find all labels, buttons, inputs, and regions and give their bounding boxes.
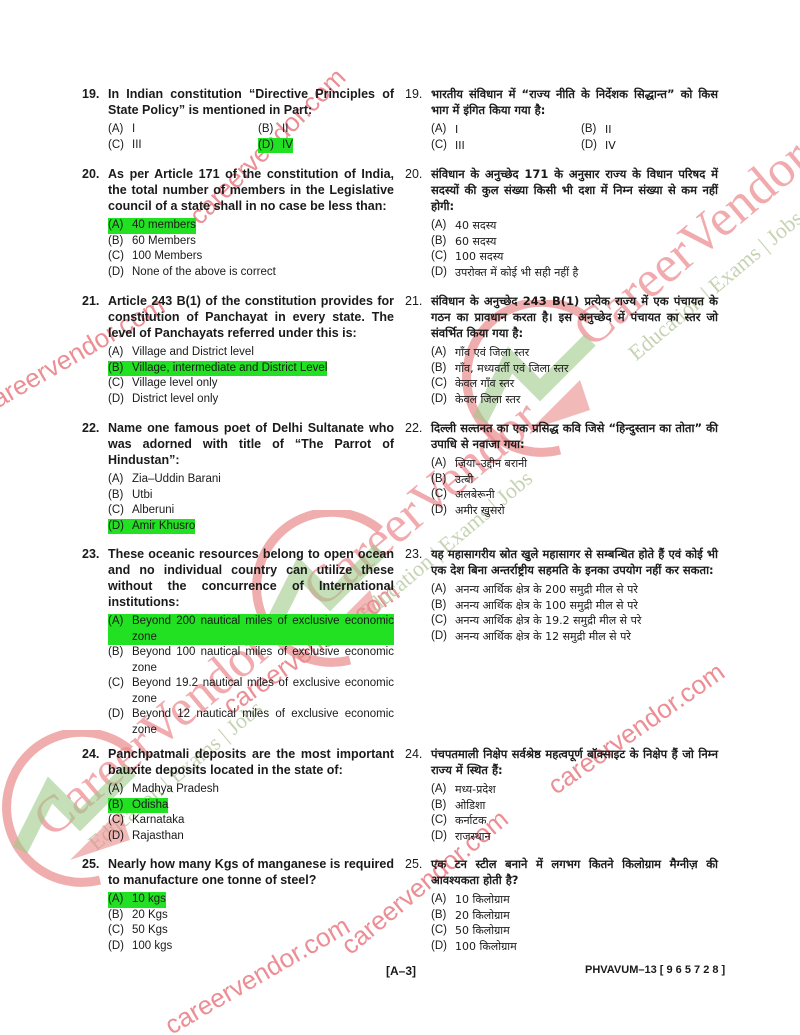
option-text: 60 सदस्य [455,234,718,250]
option-text: 10 किलोग्राम [455,892,718,908]
option-label: (C) [431,613,455,629]
option-c[interactable]: (C)100 सदस्य [431,249,718,265]
options: (A)I (B)II (C)III (D)IV [108,122,394,153]
option-a[interactable]: (A)अनन्य आर्थिक क्षेत्र के 200 समुद्री म… [431,582,718,598]
option-a[interactable]: (A)मध्य-प्रदेश [431,782,718,798]
question-text: These oceanic resources belong to open o… [108,546,394,610]
option-text: अनन्य आर्थिक क्षेत्र के 100 समुद्री मील … [455,598,718,614]
option-d[interactable]: (D)100 किलोग्राम [431,939,718,955]
option-c[interactable]: (C)कर्नाटक [431,813,718,829]
option-d-correct[interactable]: (D)Amir Khusro [108,519,195,535]
question-number: 25. [82,856,108,888]
option-d[interactable]: (D)100 kgs [108,939,394,955]
option-label: (C) [431,376,455,392]
option-label: (D) [108,707,132,738]
option-label: (D) [431,829,455,845]
option-label: (B) [431,798,455,814]
option-text: Village, intermediate and District Level [132,361,327,377]
option-label: (A) [431,892,455,908]
option-text: 40 members [132,218,196,234]
option-d-correct[interactable]: (D)IV [258,138,293,154]
option-a-correct[interactable]: (A)40 members [108,218,196,234]
question-number: 21. [405,293,431,341]
option-b[interactable]: (B)Beyond 100 nautical miles of exclusiv… [108,645,394,676]
option-label: (D) [108,392,132,408]
question-number: 22. [82,420,108,468]
question-text: यह महासागरीय स्रोत खुले महासागर से सम्बन… [431,546,718,578]
option-d[interactable]: (D)उपरोक्त में कोई भी सही नहीं है [431,265,718,281]
question-number: 20. [405,166,431,214]
question-text: एक टन स्टील बनाने में लगभग कितने किलोग्र… [431,856,718,888]
option-label: (D) [431,265,455,281]
option-a[interactable]: (A)Zia–Uddin Barani [108,472,394,488]
option-text: गाँव, मध्यवर्ती एवं जिला स्तर [455,361,718,377]
option-label: (C) [108,503,132,519]
option-label: (A) [108,472,132,488]
option-d[interactable]: (D)राजस्थान [431,829,718,845]
option-label: (B) [431,908,455,924]
option-text: 100 Members [132,249,394,265]
option-a[interactable]: (A)गाँव एवं जिला स्तर [431,345,718,361]
option-b[interactable]: (B)गाँव, मध्यवर्ती एवं जिला स्तर [431,361,718,377]
question-19: 19.In Indian constitution “Directive Pri… [82,86,394,153]
option-label: (C) [108,813,132,829]
option-text: Zia–Uddin Barani [132,472,394,488]
option-label: (C) [431,487,455,503]
options: (A)I (B)II (C)III (D)IV [431,122,718,153]
option-label: (B) [108,488,132,504]
option-text: कर्नाटक [455,813,718,829]
question-text: In Indian constitution “Directive Princi… [108,86,394,118]
option-text: District level only [132,392,394,408]
option-label: (B) [581,122,605,138]
question-number: 19. [82,86,108,118]
option-text: I [455,122,581,138]
option-text: 20 Kgs [132,908,394,924]
question-text: संविधान के अनुच्छेद 171 के अनुसार राज्य … [431,166,718,214]
option-text: उत्बी [455,472,718,488]
option-label: (D) [108,519,132,535]
option-label: (A) [431,218,455,234]
question-number: 23. [405,546,431,578]
question-24: 24.Panchpatmali deposits are the most im… [82,746,394,844]
options: (A)Beyond 200 nautical miles of exclusiv… [108,614,394,738]
option-text: 100 किलोग्राम [455,939,718,955]
option-c[interactable]: (C)50 किलोग्राम [431,923,718,939]
option-text: ओडिशा [455,798,718,814]
option-label: (D) [108,829,132,845]
options: (A)Zia–Uddin Barani (B)Utbi (C)Alberuni … [108,472,394,534]
options: (A)Madhya Pradesh (B)Odisha (C)Karnataka… [108,782,394,844]
option-b[interactable]: (B)उत्बी [431,472,718,488]
option-d[interactable]: (D)अनन्य आर्थिक क्षेत्र के 12 समुद्री मी… [431,629,718,645]
option-text: Village level only [132,376,394,392]
options: (A)Village and District level (B)Village… [108,345,394,407]
option-label: (D) [108,939,132,955]
question-number: 24. [82,746,108,778]
options: (A)गाँव एवं जिला स्तर (B)गाँव, मध्यवर्ती… [431,345,718,407]
option-c[interactable]: (C)Karnataka [108,813,394,829]
option-a[interactable]: (A)Village and District level [108,345,394,361]
option-text: Karnataka [132,813,394,829]
option-text: Beyond 12 nautical miles of exclusive ec… [132,707,394,738]
question-21-hindi: 21.संविधान के अनुच्छेद 243 B(1) प्रत्येक… [405,293,718,407]
option-a[interactable]: (A)ज़िया–उद्दीन बरानी [431,456,718,472]
option-c[interactable]: (C)Village level only [108,376,394,392]
option-label: (B) [108,361,132,377]
option-text: Beyond 19.2 nautical miles of exclusive … [132,676,394,707]
option-label: (C) [108,138,132,154]
option-d[interactable]: (D)IV [581,138,731,154]
option-text: 10 kgs [132,892,166,908]
question-number: 21. [82,293,108,341]
question-22-hindi: 22.दिल्ली सल्तनत का एक प्रसिद्ध कवि जिसे… [405,420,718,518]
option-label: (D) [258,138,282,154]
option-label: (C) [108,376,132,392]
option-a[interactable]: (A)Madhya Pradesh [108,782,394,798]
option-text: अनन्य आर्थिक क्षेत्र के 12 समुद्री मील स… [455,629,718,645]
option-text: ज़िया–उद्दीन बरानी [455,456,718,472]
option-d[interactable]: (D)Beyond 12 nautical miles of exclusive… [108,707,394,738]
question-23: 23.These oceanic resources belong to ope… [82,546,394,738]
option-c[interactable]: (C)Beyond 19.2 nautical miles of exclusi… [108,676,394,707]
option-label: (B) [108,798,132,814]
option-label: (B) [431,361,455,377]
option-text: II [605,122,731,138]
option-text: II [282,122,408,138]
option-text: III [455,138,581,154]
option-label: (A) [108,614,132,645]
option-b[interactable]: (B)II [258,122,408,138]
option-text: केवल गाँव स्तर [455,376,718,392]
option-d[interactable]: (D)केवल जिला स्तर [431,392,718,408]
option-label: (A) [108,892,132,908]
options: (A)10 किलोग्राम (B)20 किलोग्राम (C)50 कि… [431,892,718,954]
option-label: (D) [431,629,455,645]
question-24-hindi: 24.पंचपतमाली निक्षेप सर्वश्रेष्ठ महत्वपू… [405,746,718,844]
option-text: Madhya Pradesh [132,782,394,798]
option-a[interactable]: (A)I [431,122,581,138]
question-text: Nearly how many Kgs of manganese is requ… [108,856,394,888]
option-label: (B) [258,122,282,138]
option-text: 60 Members [132,234,394,250]
option-text: I [132,122,258,138]
option-label: (C) [431,138,455,154]
option-label: (A) [431,456,455,472]
option-b[interactable]: (B)II [581,122,731,138]
option-label: (C) [431,923,455,939]
question-number: 20. [82,166,108,214]
option-label: (A) [431,122,455,138]
option-text: अमीर खुसरो [455,503,718,519]
option-d[interactable]: (D)अमीर खुसरो [431,503,718,519]
option-text: III [132,138,258,154]
option-label: (C) [431,249,455,265]
option-label: (D) [431,392,455,408]
question-text: संविधान के अनुच्छेद 243 B(1) प्रत्येक रा… [431,293,718,341]
option-label: (B) [431,472,455,488]
option-text: 100 सदस्य [455,249,718,265]
option-text: Utbi [132,488,394,504]
question-22: 22.Name one famous poet of Delhi Sultana… [82,420,394,534]
option-text: अनन्य आर्थिक क्षेत्र के 200 समुद्री मील … [455,582,718,598]
option-label: (A) [431,345,455,361]
option-text: अनन्य आर्थिक क्षेत्र के 19.2 समुद्री मील… [455,613,718,629]
option-c[interactable]: (C)100 Members [108,249,394,265]
option-a[interactable]: (A)10 किलोग्राम [431,892,718,908]
option-a-correct[interactable]: (A)Beyond 200 nautical miles of exclusiv… [108,614,394,645]
option-b[interactable]: (B)ओडिशा [431,798,718,814]
question-number: 25. [405,856,431,888]
option-b[interactable]: (B)60 सदस्य [431,234,718,250]
option-d[interactable]: (D)District level only [108,392,394,408]
option-label: (D) [108,265,132,281]
option-text: गाँव एवं जिला स्तर [455,345,718,361]
question-number: 22. [405,420,431,452]
option-label: (A) [431,782,455,798]
option-a[interactable]: (A)I [108,122,258,138]
option-text: Odisha [132,798,168,814]
option-c[interactable]: (C)III [108,138,258,154]
option-c[interactable]: (C)50 Kgs [108,923,394,939]
option-label: (B) [108,645,132,676]
question-25-hindi: 25.एक टन स्टील बनाने में लगभग कितने किलो… [405,856,718,954]
option-label: (C) [108,249,132,265]
question-text: भारतीय संविधान में “राज्य नीति के निर्दे… [431,86,718,118]
option-text: Amir Khusro [132,519,195,535]
option-text: 40 सदस्य [455,218,718,234]
question-20-hindi: 20.संविधान के अनुच्छेद 171 के अनुसार राज… [405,166,718,280]
option-d[interactable]: (D)Rajasthan [108,829,394,845]
option-text: Beyond 200 nautical miles of exclusive e… [132,614,394,645]
option-b[interactable]: (B)60 Members [108,234,394,250]
option-label: (C) [108,676,132,707]
option-label: (A) [108,345,132,361]
option-text: None of the above is correct [132,265,394,281]
option-text: 50 Kgs [132,923,394,939]
option-label: (B) [108,234,132,250]
option-text: Alberuni [132,503,394,519]
question-text: Article 243 B(1) of the constitution pro… [108,293,394,341]
page-number: [A–3] [386,964,416,978]
option-label: (D) [431,939,455,955]
option-label: (C) [431,813,455,829]
options: (A)40 सदस्य (B)60 सदस्य (C)100 सदस्य (D)… [431,218,718,280]
option-text: 50 किलोग्राम [455,923,718,939]
option-text: Village and District level [132,345,394,361]
question-number: 19. [405,86,431,118]
option-label: (B) [108,908,132,924]
option-label: (B) [431,598,455,614]
option-b[interactable]: (B)अनन्य आर्थिक क्षेत्र के 100 समुद्री म… [431,598,718,614]
option-a-correct[interactable]: (A)10 kgs [108,892,166,908]
options: (A)ज़िया–उद्दीन बरानी (B)उत्बी (C)अलबेरू… [431,456,718,518]
question-19-hindi: 19.भारतीय संविधान में “राज्य नीति के निर… [405,86,718,153]
question-text: पंचपतमाली निक्षेप सर्वश्रेष्ठ महत्वपूर्ण… [431,746,718,778]
options: (A)अनन्य आर्थिक क्षेत्र के 200 समुद्री म… [431,582,718,644]
option-b[interactable]: (B)20 Kgs [108,908,394,924]
option-b[interactable]: (B)20 किलोग्राम [431,908,718,924]
option-text: राजस्थान [455,829,718,845]
option-c[interactable]: (C)Alberuni [108,503,394,519]
option-d[interactable]: (D)None of the above is correct [108,265,394,281]
option-label: (A) [108,122,132,138]
question-text: As per Article 171 of the constitution o… [108,166,394,214]
question-text: दिल्ली सल्तनत का एक प्रसिद्ध कवि जिसे “ह… [431,420,718,452]
option-text: Beyond 100 nautical miles of exclusive e… [132,645,394,676]
option-text: 100 kgs [132,939,394,955]
booklet-code: PHVAVUM–13 [ 9 6 5 7 2 8 ] [585,964,725,976]
options: (A)40 members (B)60 Members (C)100 Membe… [108,218,394,280]
option-label: (D) [581,138,605,154]
options: (A)मध्य-प्रदेश (B)ओडिशा (C)कर्नाटक (D)रा… [431,782,718,844]
option-c[interactable]: (C)III [431,138,581,154]
option-a[interactable]: (A)40 सदस्य [431,218,718,234]
option-label: (C) [108,923,132,939]
option-b-correct[interactable]: (B)Odisha [108,798,168,814]
option-text: मध्य-प्रदेश [455,782,718,798]
question-number: 23. [82,546,108,610]
option-c[interactable]: (C)केवल गाँव स्तर [431,376,718,392]
option-text: 20 किलोग्राम [455,908,718,924]
question-number: 24. [405,746,431,778]
option-label: (A) [431,582,455,598]
question-25: 25.Nearly how many Kgs of manganese is r… [82,856,394,954]
option-text: अलबेरूनी [455,487,718,503]
option-label: (B) [431,234,455,250]
question-text: Panchpatmali deposits are the most impor… [108,746,394,778]
question-text: Name one famous poet of Delhi Sultanate … [108,420,394,468]
option-c[interactable]: (C)अलबेरूनी [431,487,718,503]
option-text: उपरोक्त में कोई भी सही नहीं है [455,265,718,281]
question-23-hindi: 23.यह महासागरीय स्रोत खुले महासागर से सम… [405,546,718,644]
question-21: 21.Article 243 B(1) of the constitution … [82,293,394,407]
option-text: IV [605,138,731,154]
question-20: 20.As per Article 171 of the constitutio… [82,166,394,280]
option-label: (A) [108,218,132,234]
option-text: Rajasthan [132,829,394,845]
option-label: (A) [108,782,132,798]
options: (A)10 kgs (B)20 Kgs (C)50 Kgs (D)100 kgs [108,892,394,954]
option-text: IV [282,138,293,154]
option-c[interactable]: (C)अनन्य आर्थिक क्षेत्र के 19.2 समुद्री … [431,613,718,629]
option-b-correct[interactable]: (B)Village, intermediate and District Le… [108,361,327,377]
option-text: केवल जिला स्तर [455,392,718,408]
option-b[interactable]: (B)Utbi [108,488,394,504]
option-label: (D) [431,503,455,519]
